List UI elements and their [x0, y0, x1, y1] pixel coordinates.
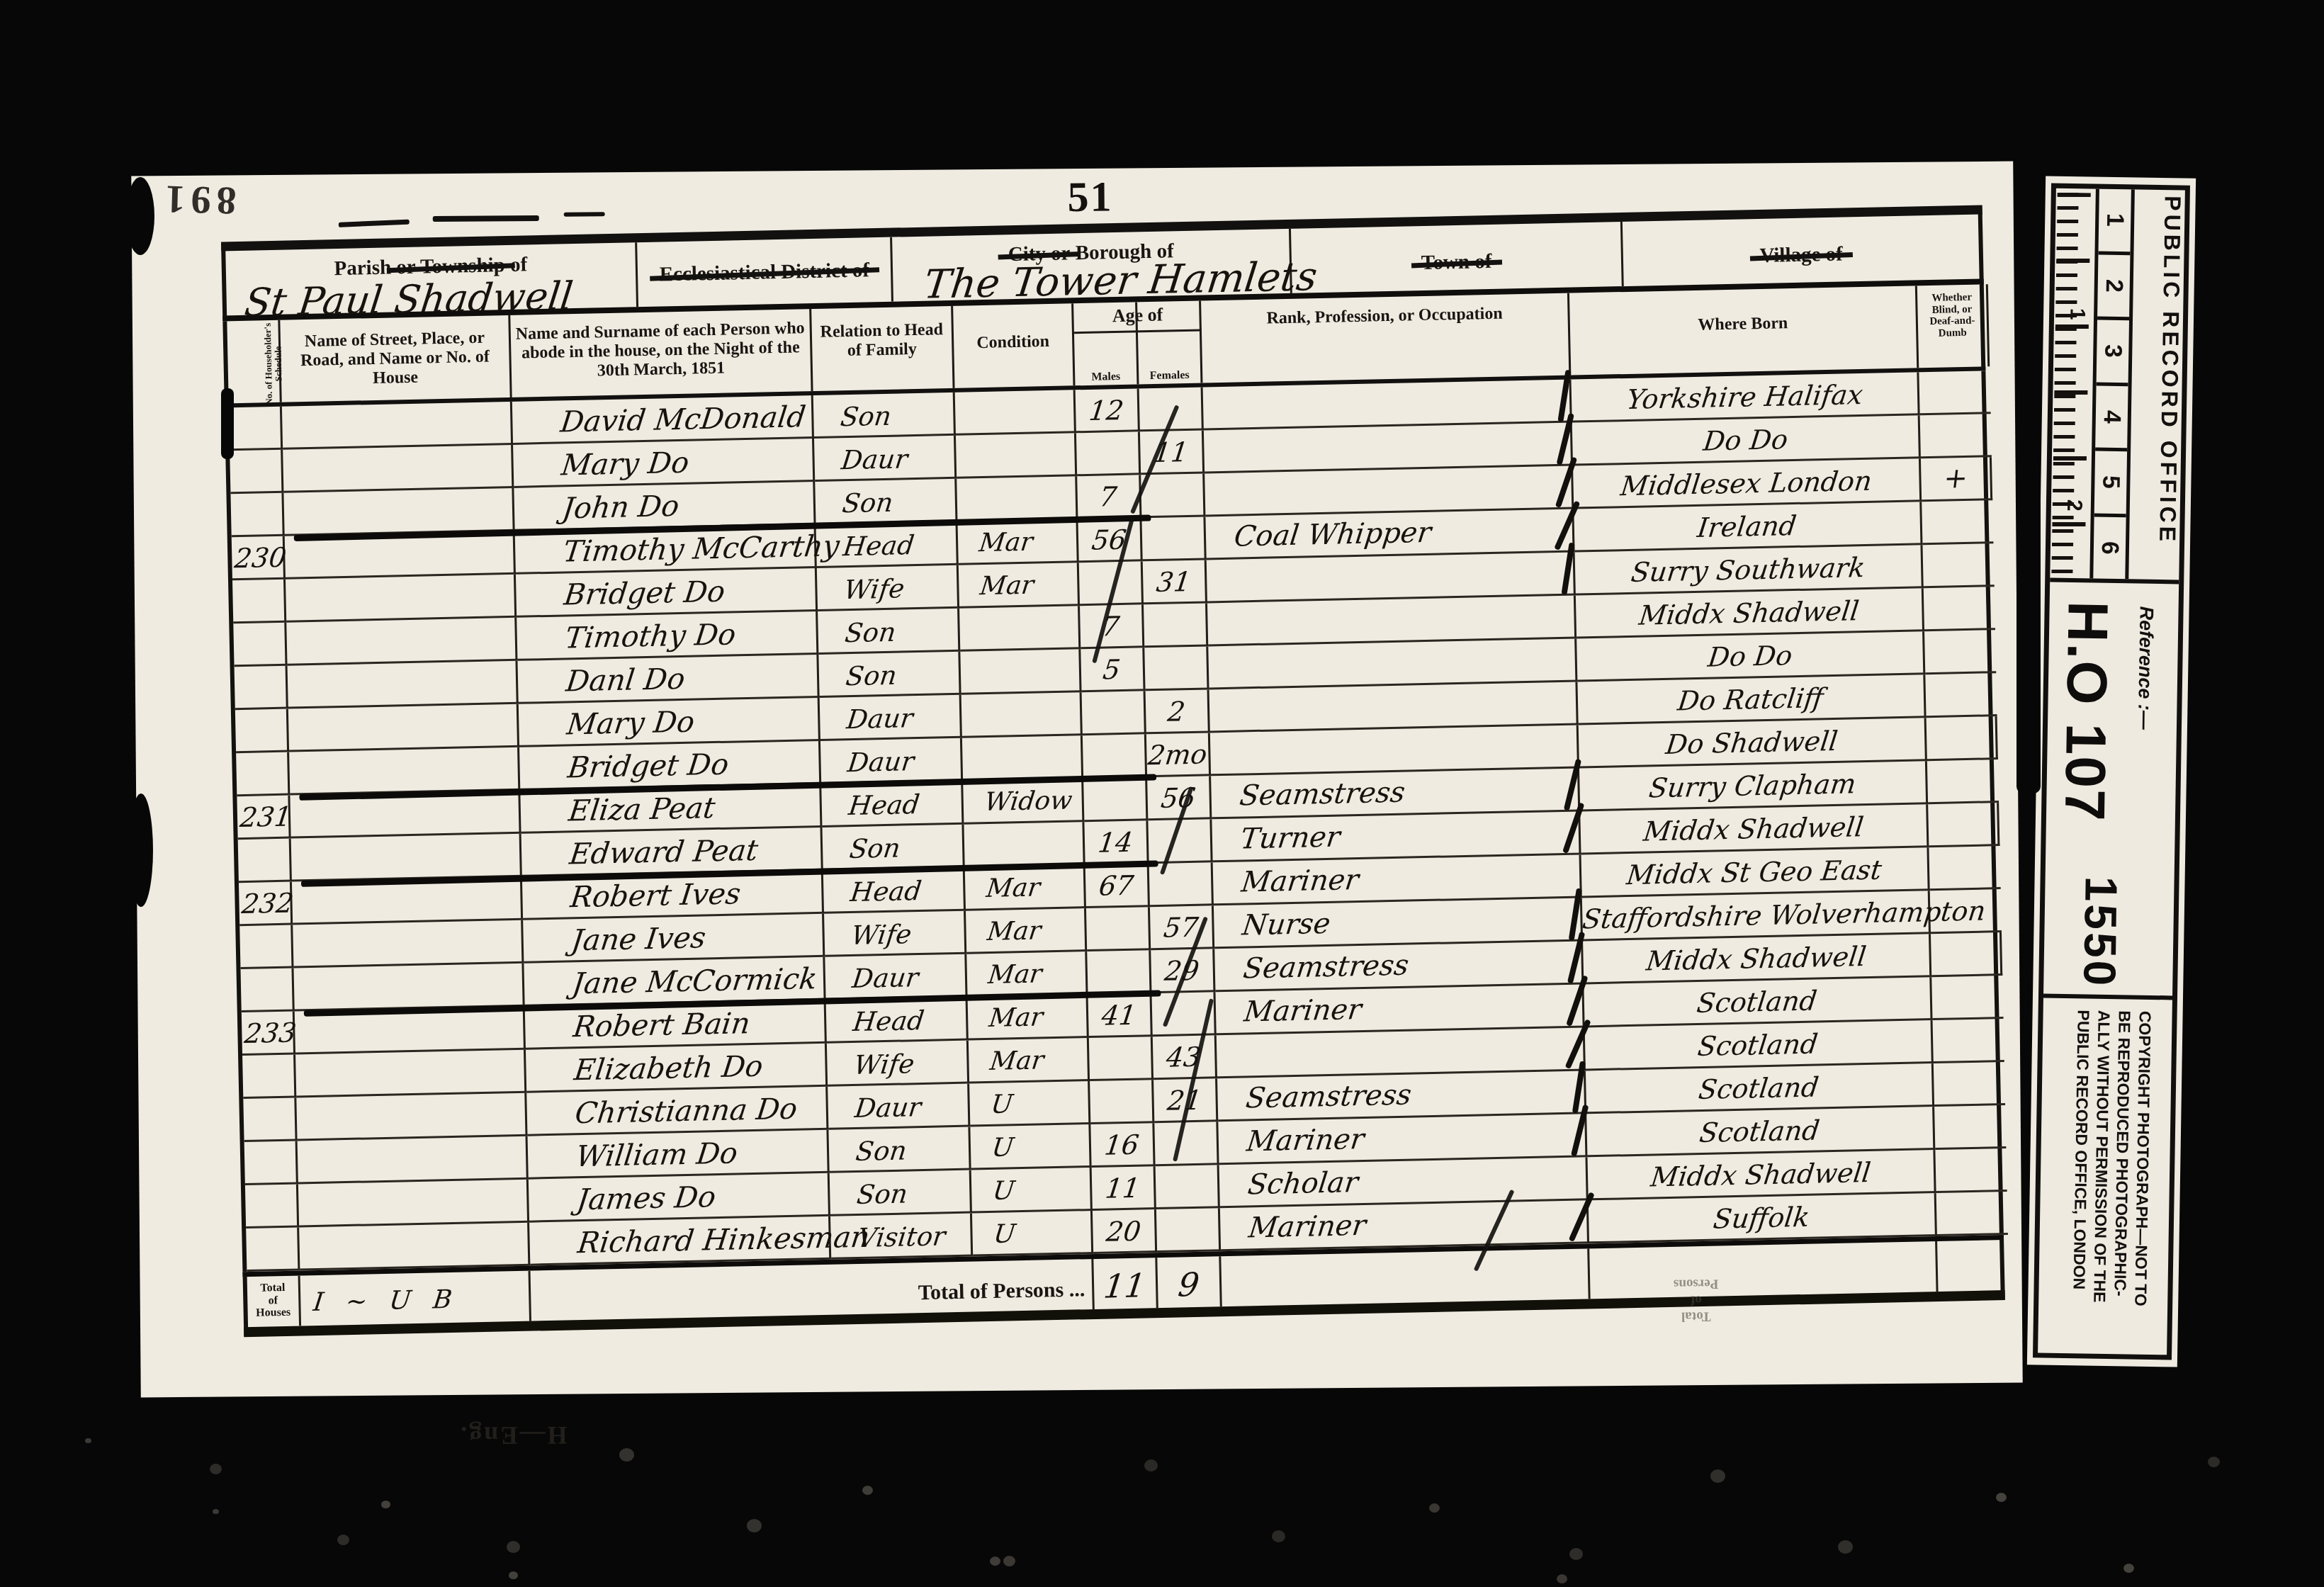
cell-age_m: 14 — [1084, 820, 1149, 865]
handwritten-value: Richard Hinkesman — [576, 1220, 871, 1260]
cell-relation: Daur — [825, 954, 967, 1000]
parish-value-handwritten: St Paul Shadwell — [242, 273, 575, 325]
cell-born: Do Shadwell — [1579, 718, 1927, 768]
cell-occupation — [1207, 596, 1576, 647]
cell-age_m — [1083, 777, 1148, 822]
handwritten-value: Yorkshire Halifax — [1625, 379, 1864, 415]
cell-street — [295, 1050, 526, 1098]
handwritten-value: Edward Peat — [568, 833, 760, 871]
cell-age_f — [1154, 1122, 1219, 1166]
cell-born: Suffolk — [1589, 1193, 1937, 1243]
cell-infirm — [1934, 1105, 2006, 1150]
cell-age_f — [1149, 862, 1214, 907]
ruler-cm-numbers: 123456 — [2089, 189, 2131, 580]
handwritten-value: Son — [854, 1135, 909, 1167]
handwritten-value: Middx Shadwell — [1645, 941, 1868, 977]
handwritten-value: Jane Ives — [570, 920, 708, 957]
ink-blotch — [221, 388, 234, 459]
scanned-census-page: 891 51 Parish or Township of St Paul Sha… — [0, 0, 2324, 1587]
cell-born: Scotland — [1586, 1107, 1935, 1157]
census-form-sheet: 891 51 Parish or Township of St Paul Sha… — [131, 162, 2022, 1398]
cell-age_m — [1083, 734, 1147, 779]
cell-relation: Son — [828, 1127, 971, 1173]
handwritten-value: 231 — [238, 801, 293, 833]
cell-infirm — [1919, 371, 1990, 415]
cell-age_m — [1090, 1080, 1154, 1124]
cell-condition — [960, 649, 1081, 695]
handwritten-value: William Do — [574, 1136, 739, 1173]
cell-age_f — [1156, 1208, 1221, 1253]
handwritten-value: Visitor — [856, 1221, 947, 1253]
cell-born: Yorkshire Halifax — [1571, 372, 1919, 422]
pro-reference-strip: 1 2 123456 PUBLIC RECORD OFFICE Referenc… — [2027, 176, 2196, 1367]
cell-schedule — [230, 493, 284, 538]
borough-value-handwritten: The Tower Hamlets — [922, 254, 1320, 308]
ghost-stamp-inverted: H—Eng. — [458, 1421, 567, 1451]
handwritten-value: Do Ratcliff — [1676, 682, 1826, 716]
cell-condition — [961, 692, 1083, 738]
handwritten-value: 14 — [1097, 827, 1135, 859]
cell-name: Danl Do — [517, 655, 819, 704]
cell-schedule — [245, 1184, 299, 1229]
cell-born: Middx Shadwell — [1576, 588, 1924, 638]
handwritten-value: Robert Ives — [569, 876, 743, 914]
cell-born: Middx St Geo East — [1581, 847, 1930, 898]
cell-schedule — [233, 623, 287, 667]
cell-name: David McDonald — [512, 395, 814, 445]
cell-condition — [962, 735, 1083, 781]
handwritten-value: U — [989, 1090, 1014, 1119]
cell-occupation: Mariner — [1213, 854, 1582, 905]
cell-relation: Head — [816, 522, 959, 568]
cell-occupation: Mariner — [1220, 1200, 1589, 1251]
cell-infirm — [1930, 889, 2002, 934]
film-blemish — [126, 177, 154, 255]
ruler-inch-number: 2 — [2062, 499, 2086, 512]
cell-name: Mary Do — [519, 698, 820, 747]
cell-age_m — [1086, 907, 1151, 951]
handwritten-value: + — [1942, 462, 1970, 495]
cell-relation: Son — [813, 392, 956, 439]
cell-born: Middx Shadwell — [1583, 934, 1931, 984]
handwritten-value: David McDonald — [559, 400, 808, 439]
cell-born: Middx Shadwell — [1580, 804, 1929, 854]
handwritten-value: Son — [840, 487, 895, 519]
town-cell: Town of — [1291, 222, 1625, 293]
cell-age_f: 2mo — [1146, 733, 1211, 777]
handwritten-value: Son — [855, 1178, 910, 1210]
handwritten-value: Scotland — [1697, 1071, 1820, 1105]
cell-relation: Son — [822, 825, 964, 871]
cell-age_m: 11 — [1092, 1166, 1156, 1211]
totals-empty-infirm — [1937, 1240, 2009, 1292]
district-cell: Ecclesiastical District of — [637, 237, 893, 307]
cell-occupation: Scholar — [1219, 1157, 1589, 1208]
cell-schedule: 233 — [242, 1012, 295, 1056]
cell-infirm — [1931, 976, 2003, 1020]
cell-relation: Head — [826, 998, 969, 1044]
cell-occupation — [1205, 466, 1574, 517]
cell-age_f — [1144, 603, 1208, 648]
cell-age_m: 56 — [1078, 518, 1142, 563]
cell-relation: Wife — [827, 1041, 969, 1087]
handwritten-value: Seamstress — [1238, 776, 1407, 813]
cell-occupation: Turner — [1212, 811, 1581, 862]
cell-infirm: + — [1921, 457, 1992, 502]
cell-condition: Mar — [966, 908, 1087, 954]
cell-relation: Head — [823, 868, 966, 914]
col-header-age-group: Age of — [1073, 304, 1202, 334]
handwritten-value: 230 — [233, 542, 288, 575]
cell-born: Scotland — [1584, 977, 1932, 1027]
cell-occupation — [1207, 553, 1576, 604]
handwritten-value: Wife — [842, 573, 906, 605]
cell-street — [299, 1223, 530, 1271]
handwritten-value: Head — [842, 530, 916, 562]
total-males: 11 — [1093, 1258, 1158, 1309]
cell-age_f — [1156, 1165, 1220, 1209]
cell-infirm — [1931, 932, 2002, 977]
handwritten-value: Daur — [845, 703, 915, 735]
cell-born: Scotland — [1585, 1020, 1934, 1071]
cell-relation: Daur — [828, 1084, 970, 1130]
ruler-number-cell: 6 — [2093, 516, 2126, 579]
handwritten-value: Seamstress — [1244, 1078, 1414, 1114]
cell-age_f — [1141, 516, 1206, 561]
film-speckle — [85, 1438, 91, 1443]
cell-schedule — [229, 407, 283, 451]
handwritten-value: Son — [848, 833, 903, 865]
cell-relation: Daur — [814, 436, 957, 482]
handwritten-value: Seamstress — [1241, 949, 1411, 985]
handwritten-value: Wife — [850, 919, 913, 951]
cell-schedule — [246, 1227, 300, 1272]
handwritten-value: Son — [839, 401, 893, 433]
cell-age_m: 12 — [1076, 388, 1140, 433]
cell-infirm — [1922, 500, 1993, 545]
film-blemish — [129, 793, 153, 907]
reference-section: Reference :— H.O 107 1550 — [2043, 587, 2179, 1000]
handwritten-value: Do Shadwell — [1664, 725, 1839, 760]
handwritten-value: Mar — [985, 873, 1042, 903]
handwritten-value: Eliza Peat — [567, 791, 717, 828]
handwritten-value: Mar — [978, 570, 1035, 601]
copyright-section: COPYRIGHT PHOTOGRAPH—NOT TOBE REPRODUCED… — [2038, 1003, 2172, 1355]
cell-age_m: 41 — [1088, 993, 1153, 1038]
film-speckle — [213, 1509, 219, 1514]
cell-born: Staffordshire Wolverhampton — [1582, 891, 1931, 941]
ruler-number: 2 — [2100, 278, 2128, 293]
cell-born: Middx Shadwell — [1587, 1150, 1936, 1200]
cell-relation: Wife — [817, 565, 959, 611]
cell-street — [283, 488, 514, 536]
pen-dash — [339, 220, 410, 227]
handwritten-value: Daur — [850, 962, 920, 994]
cell-relation: Son — [818, 609, 960, 655]
cell-street — [286, 575, 517, 623]
cell-condition: Mar — [966, 951, 1088, 998]
ruler-number-cell: 4 — [2095, 385, 2128, 451]
handwritten-value: Elizabeth Do — [572, 1049, 765, 1088]
cell-relation: Son — [815, 479, 957, 525]
cell-schedule — [235, 666, 288, 711]
ruler-number: 6 — [2096, 541, 2123, 555]
cell-age_f: 57 — [1150, 905, 1214, 950]
cell-age_f: 31 — [1143, 560, 1207, 604]
handwritten-value: Scotland — [1696, 1028, 1820, 1062]
cell-infirm — [1927, 716, 1998, 761]
handwritten-value: 5 — [1102, 654, 1122, 686]
folio-number-stamp-inverted: 891 — [159, 176, 237, 223]
cell-condition: Mar — [965, 865, 1086, 911]
cell-condition — [957, 476, 1078, 522]
handwritten-value: Do Do — [1706, 640, 1794, 673]
cell-street — [293, 964, 524, 1012]
handwritten-value: Head — [852, 1005, 926, 1037]
total-houses-marks: I ~ U B — [300, 1271, 531, 1326]
handwritten-value: Surry Clapham — [1647, 768, 1858, 803]
cell-name: James Do — [529, 1173, 830, 1223]
ruler-number-cell: 3 — [2097, 320, 2129, 386]
page-number: 51 — [1012, 172, 1168, 222]
col-header-infirm: Whether Blind, or Deaf-and-Dumb — [1917, 284, 1990, 368]
cell-condition — [955, 390, 1076, 436]
handwritten-value: Mariner — [1240, 864, 1361, 899]
total-persons-label: Total of Persons ... — [531, 1259, 1095, 1321]
handwritten-value: 232 — [240, 887, 295, 920]
handwritten-value: Daur — [853, 1092, 923, 1124]
cell-born: Do Do — [1576, 631, 1925, 682]
cell-name: Richard Hinkesman — [529, 1216, 831, 1266]
handwritten-value: Do Do — [1701, 424, 1789, 457]
cell-age_m — [1089, 1037, 1153, 1081]
cell-relation: Daur — [820, 695, 962, 741]
cell-age_m: 67 — [1085, 864, 1150, 908]
cell-age_f — [1141, 473, 1205, 518]
cell-occupation — [1217, 1027, 1586, 1078]
census-rows: David McDonaldSon12Yorkshire HalifaxMary… — [225, 371, 2004, 1272]
pen-dash — [433, 215, 539, 222]
cell-relation: Wife — [824, 911, 966, 957]
cell-occupation — [1204, 423, 1573, 474]
handwritten-value: Son — [844, 660, 898, 692]
handwritten-value: Scotland — [1696, 985, 1819, 1019]
handwritten-value: Scholar — [1246, 1166, 1360, 1201]
village-cell: Village of — [1623, 215, 1979, 286]
handwritten-value: 31 — [1155, 566, 1193, 598]
cell-age_m — [1087, 950, 1151, 995]
cell-schedule — [239, 925, 293, 970]
handwritten-value: John Do — [560, 489, 681, 526]
cell-name: Christianna Do — [526, 1087, 828, 1136]
handwritten-value: 7 — [1098, 481, 1119, 513]
ruler-major-ticks — [2051, 193, 2090, 575]
handwritten-value: U — [991, 1133, 1015, 1163]
cell-age_m: 7 — [1080, 604, 1144, 649]
cell-street — [291, 834, 522, 882]
cell-age_m: 5 — [1081, 648, 1145, 692]
handwritten-value: 12 — [1088, 395, 1126, 427]
cell-condition: Mar — [959, 563, 1080, 609]
col-header-relation: Relation to Head of Family — [811, 306, 954, 391]
handwritten-value: Mary Do — [565, 705, 696, 742]
col-header-occupation: Rank, Profession, or Occupation — [1201, 293, 1571, 383]
handwritten-value: Bridget Do — [563, 575, 727, 612]
cell-relation: Son — [818, 652, 961, 698]
handwritten-value: Timothy Do — [563, 617, 738, 655]
office-label-column: PUBLIC RECORD OFFICE — [2125, 189, 2185, 580]
handwritten-value: Head — [849, 876, 923, 908]
handwritten-value: Surry Southwark — [1630, 552, 1867, 588]
cell-infirm — [1927, 759, 1999, 804]
cell-age_f — [1144, 646, 1209, 691]
cell-occupation: Coal Whipper — [1205, 509, 1574, 560]
handwritten-value: Middx St Geo East — [1625, 854, 1884, 891]
cell-born: Do Ratcliff — [1577, 674, 1926, 725]
cell-age_m: 16 — [1090, 1123, 1155, 1168]
ruler-inch-number: 1 — [2065, 308, 2089, 320]
cell-schedule — [244, 1141, 298, 1185]
handwritten-value: 16 — [1103, 1129, 1141, 1161]
ruler-number: 1 — [2101, 213, 2128, 227]
col-header-name: Name and Surname of each Person who abod… — [510, 309, 813, 397]
cell-age_m — [1076, 431, 1141, 476]
total-females: 9 — [1157, 1256, 1222, 1308]
handwritten-value: Middx Shadwell — [1642, 811, 1865, 847]
cell-schedule — [232, 580, 286, 624]
public-record-office-label: PUBLIC RECORD OFFICE — [2153, 196, 2185, 579]
cell-born: Scotland — [1586, 1063, 1934, 1114]
cell-street — [293, 920, 524, 968]
cell-born: Surry Southwark — [1575, 545, 1924, 595]
handwritten-value: 57 — [1162, 912, 1200, 944]
cell-name: Elizabeth Do — [526, 1044, 828, 1093]
film-gap-shadow — [2016, 496, 2041, 793]
cell-schedule — [238, 839, 292, 883]
pro-strip-border: 1 2 123456 PUBLIC RECORD OFFICE Referenc… — [2033, 183, 2190, 1360]
handwritten-value: 67 — [1098, 870, 1136, 902]
cell-street — [286, 618, 517, 666]
handwritten-value: Mariner — [1247, 1209, 1368, 1245]
cell-schedule — [230, 450, 283, 495]
cell-street — [282, 402, 513, 450]
totals-empty-occupation — [1221, 1248, 1590, 1306]
handwritten-value: 233 — [243, 1017, 298, 1049]
cell-infirm — [1929, 846, 2000, 891]
handwritten-value: Mariner — [1245, 1123, 1366, 1158]
cell-condition: U — [969, 1081, 1090, 1127]
cell-street — [283, 445, 514, 493]
handwritten-value: Mar — [986, 959, 1043, 990]
village-label-struck: Village of — [1759, 243, 1843, 268]
cell-schedule — [241, 968, 295, 1013]
cell-infirm — [1934, 1062, 2005, 1107]
cell-condition — [964, 822, 1085, 868]
cell-occupation — [1209, 682, 1579, 733]
copyright-notice: COPYRIGHT PHOTOGRAPH—NOT TOBE REPRODUCED… — [2068, 1010, 2155, 1350]
handwritten-value: Daur — [846, 746, 915, 778]
ruler-number-cell: 1 — [2098, 189, 2131, 255]
ruler-number: 3 — [2099, 344, 2126, 358]
cell-infirm — [1920, 414, 1992, 458]
census-form: Parish or Township of St Paul Shadwell E… — [221, 205, 2005, 1337]
ruler: 1 2 123456 PUBLIC RECORD OFFICE — [2050, 188, 2185, 584]
ruler-number-cell: 2 — [2097, 254, 2130, 320]
cell-infirm — [1936, 1192, 2008, 1236]
cell-occupation: Seamstress — [1211, 768, 1580, 819]
col-header-condition: Condition — [953, 303, 1075, 388]
cell-condition — [959, 606, 1081, 652]
cell-condition: Widow — [963, 779, 1084, 825]
handwritten-value: Timothy McCarthy — [561, 529, 841, 568]
cell-relation: Daur — [820, 738, 963, 784]
cell-relation: Son — [830, 1170, 972, 1216]
cell-street — [288, 661, 519, 709]
handwritten-value: Turner — [1239, 821, 1342, 856]
cell-schedule: 231 — [237, 796, 290, 840]
handwritten-value: Nurse — [1241, 908, 1333, 942]
handwritten-value: Mariner — [1242, 993, 1363, 1029]
handwritten-value: U — [992, 1219, 1017, 1249]
cell-schedule — [236, 752, 290, 797]
handwritten-value: Staffordshire Wolverhampton — [1581, 895, 1987, 934]
handwritten-value: Head — [847, 789, 921, 821]
cell-schedule: 230 — [232, 536, 286, 581]
parish-cell: Parish or Township of St Paul Shadwell — [225, 242, 638, 315]
cell-condition: U — [972, 1211, 1093, 1257]
district-label-struck: Ecclesiastical District of — [659, 259, 869, 286]
col-header-street: Name of Street, Place, or Road, and Name… — [280, 315, 512, 402]
cell-age_f: 43 — [1153, 1035, 1217, 1080]
handwritten-value: Suffolk — [1712, 1202, 1812, 1235]
ruler-number: 4 — [2098, 410, 2126, 424]
cell-occupation: Mariner — [1218, 1114, 1587, 1165]
handwritten-value: James Do — [575, 1180, 718, 1216]
cell-condition: Mar — [968, 995, 1089, 1041]
handwritten-value: 20 — [1105, 1216, 1143, 1248]
total-houses-label: Total of Houses — [247, 1275, 301, 1327]
handwritten-value: 2 — [1166, 696, 1187, 728]
cell-occupation — [1203, 380, 1572, 431]
cell-relation: Visitor — [830, 1214, 973, 1260]
handwritten-value: Mar — [988, 1003, 1044, 1033]
cell-infirm — [1925, 673, 1997, 718]
cell-born: Middlesex London — [1573, 458, 1922, 509]
cell-relation: Head — [821, 781, 964, 828]
cell-occupation: Seamstress — [1214, 941, 1584, 992]
handwritten-value: Middlesex London — [1619, 465, 1873, 502]
cell-name: Bridget Do — [516, 568, 818, 618]
cell-occupation: Nurse — [1214, 898, 1583, 949]
handwritten-value: Mar — [988, 1046, 1045, 1076]
pen-dash — [564, 212, 605, 216]
cell-age_f: 2 — [1146, 689, 1210, 734]
cell-street — [298, 1136, 529, 1185]
handwritten-value: Jane McCormick — [570, 961, 819, 1000]
cell-infirm — [1935, 1148, 2007, 1193]
reference-label: Reference :— — [2132, 606, 2157, 833]
handwritten-value: Mar — [986, 916, 1042, 947]
ghost-bleedthrough-text: Total of Persons — [1636, 1275, 1756, 1324]
cell-occupation — [1208, 639, 1577, 690]
cell-condition: Mar — [958, 519, 1079, 565]
cell-condition — [956, 433, 1077, 479]
cell-name: Mary Do — [513, 439, 815, 488]
handwritten-value: Danl Do — [564, 662, 687, 699]
handwritten-value: Widow — [983, 786, 1073, 817]
handwritten-value: Son — [843, 617, 898, 649]
handwritten-value: Middx Shadwell — [1649, 1157, 1872, 1193]
